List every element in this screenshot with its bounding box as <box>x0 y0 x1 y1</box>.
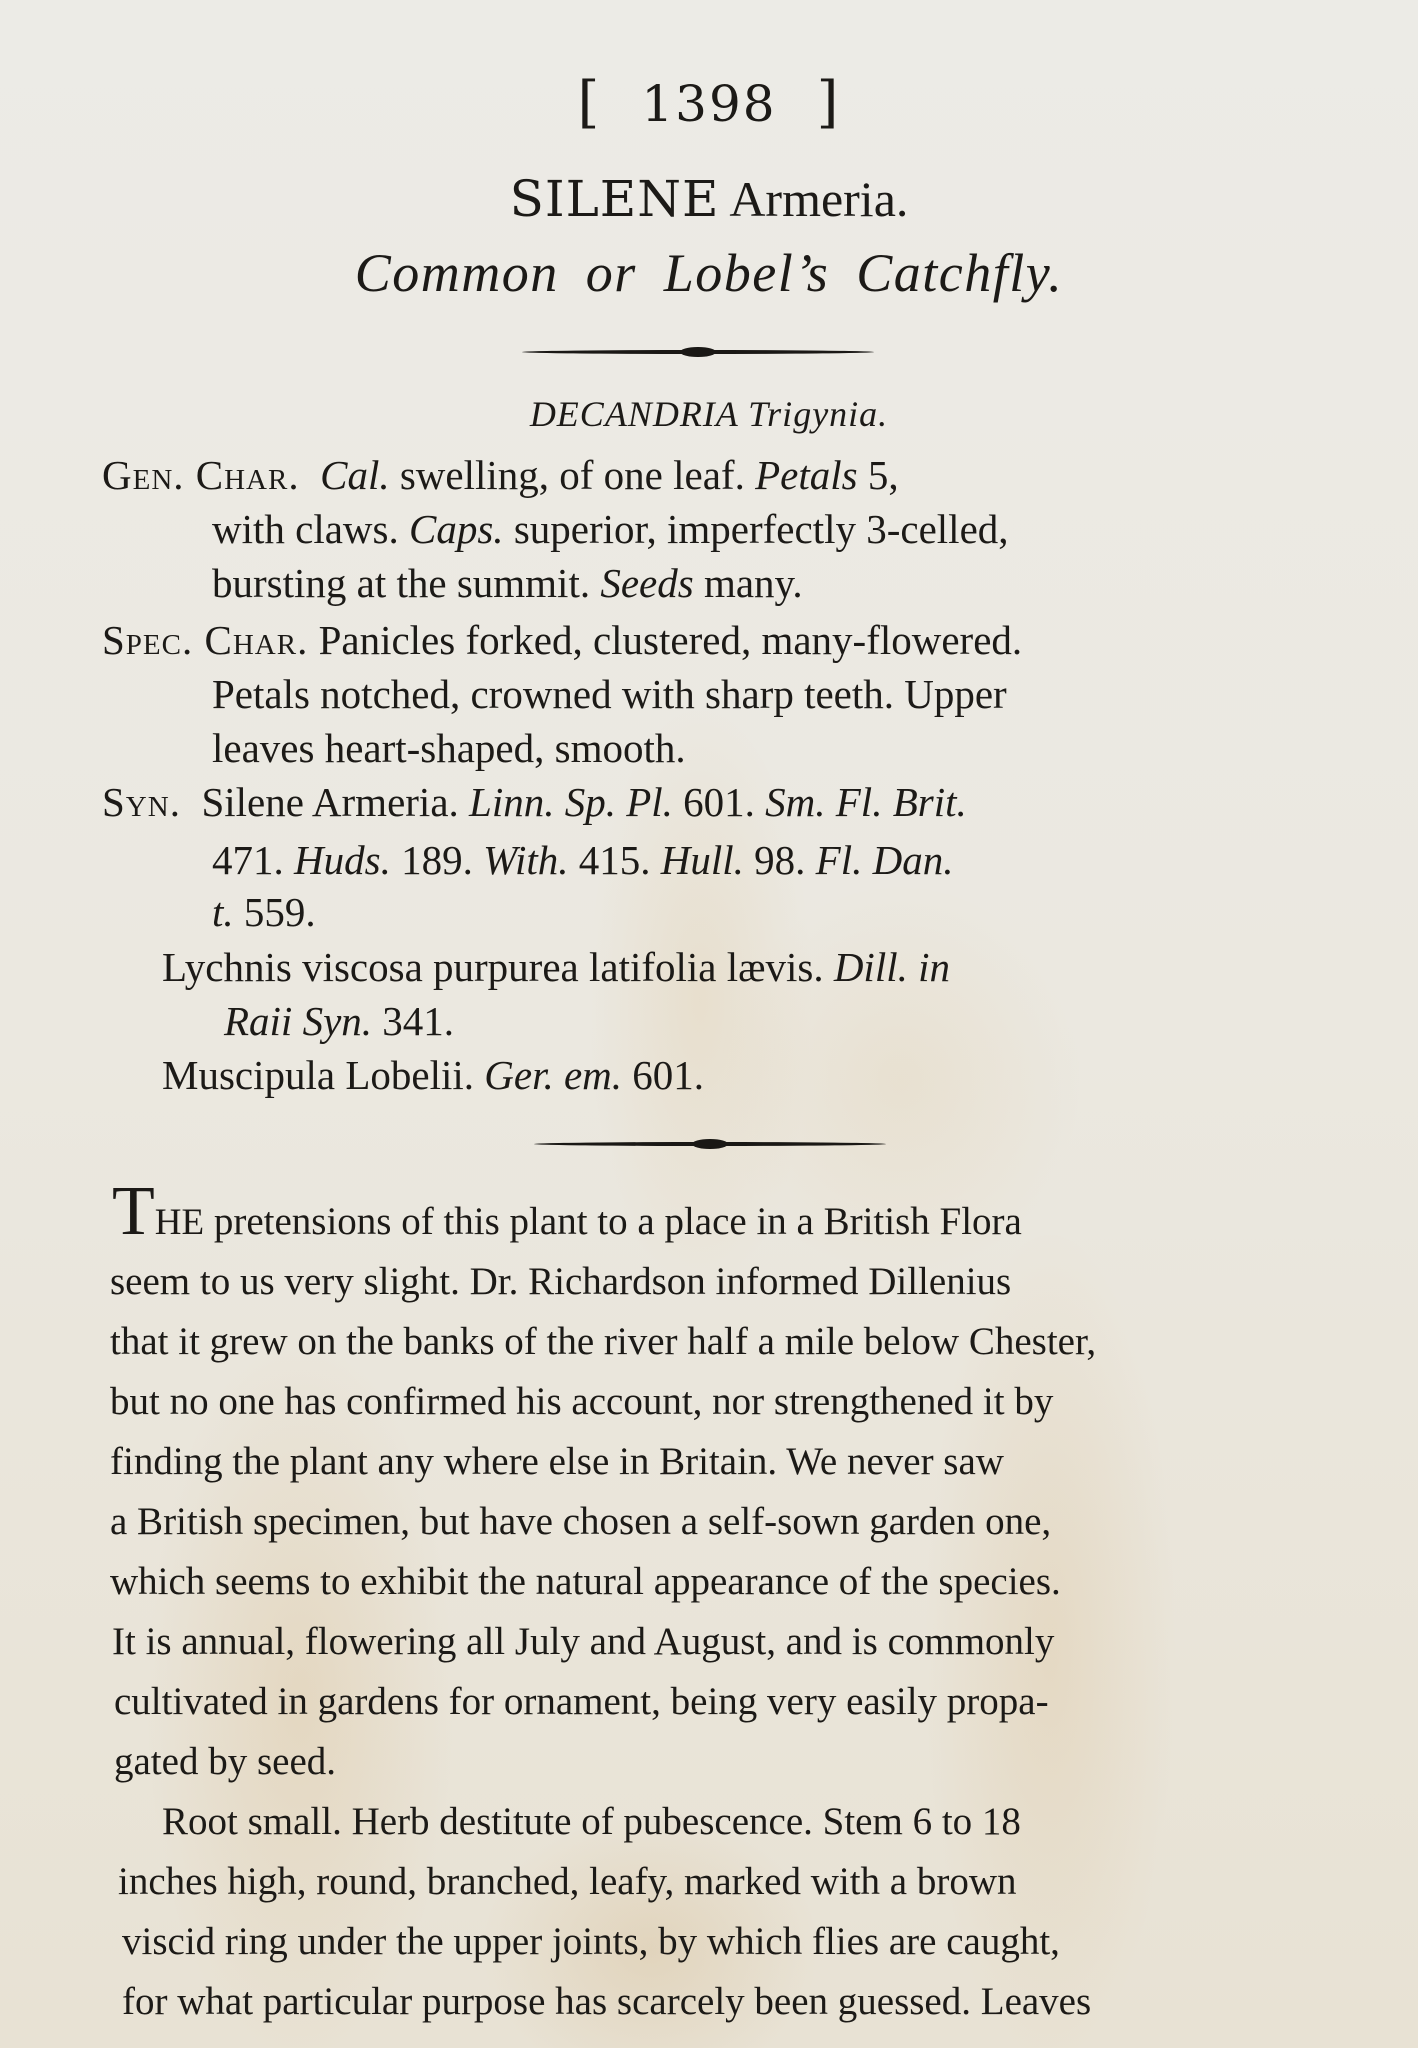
para1-line-3: that it grew on the banks of the river h… <box>110 1312 1096 1372</box>
syn-line-1: Syn. Silene Armeria. Linn. Sp. Pl. 601. … <box>102 775 967 829</box>
para1-line-1: THE pretensions of this plant to a place… <box>112 1182 1022 1253</box>
syn-line-2: 471. Huds. 189. With. 415. Hull. 98. Fl.… <box>212 833 953 887</box>
bracket-open: [ <box>578 70 602 135</box>
spec-char-line-3: leaves heart-shaped, smooth. <box>212 721 686 775</box>
syn-line-3: t. 559. <box>212 885 316 939</box>
order-name: Trigynia. <box>748 394 888 434</box>
common-name: Common or Lobel’s Catchfly. <box>0 242 1418 304</box>
drop-cap: T <box>112 1173 155 1250</box>
para1-line-6: a British specimen, but have chosen a se… <box>110 1492 1051 1552</box>
genus-name: SILENE <box>510 170 720 228</box>
class-name: DECANDRIA <box>530 394 738 434</box>
para1-line-10: gated by seed. <box>114 1732 336 1792</box>
para2-line-2: inches high, round, branched, leafy, mar… <box>118 1852 1017 1912</box>
para1-line-2: seem to us very slight. Dr. Richardson i… <box>110 1252 1011 1312</box>
gen-char-line-2: with claws. Caps. superior, imperfectly … <box>212 502 1009 556</box>
para1-line-5: finding the plant any where else in Brit… <box>110 1432 1004 1492</box>
para2-line-4: for what particular purpose has scarcely… <box>122 1972 1091 2032</box>
ornamental-rule-top <box>522 350 874 354</box>
gen-char-line-1: Gen. Char. Cal. swelling, of one leaf. P… <box>102 448 1292 502</box>
spec-char-label: Spec. Char. <box>102 617 308 663</box>
para1-line-8: It is annual, flowering all July and Aug… <box>112 1612 1054 1672</box>
gen-char-line-3: bursting at the summit. Seeds many. <box>212 556 803 610</box>
plate-number: [1398] <box>0 70 1418 135</box>
gen-char-label: Gen. Char. <box>102 452 300 498</box>
syn-lychnis-line-2: Raii Syn. 341. <box>224 994 454 1048</box>
syn-label: Syn. <box>102 779 181 825</box>
linnaean-classification: DECANDRIA Trigynia. <box>0 393 1418 435</box>
para1-line-4: but no one has confirmed his account, no… <box>110 1372 1053 1432</box>
para1-line-7: which seems to exhibit the natural appea… <box>110 1552 1061 1612</box>
para2-line-1: Root small. Herb destitute of pubescence… <box>162 1792 1021 1852</box>
species-epithet: Armeria. <box>729 171 908 227</box>
syn-lychnis-line-1: Lychnis viscosa purpurea latifolia lævis… <box>162 940 950 994</box>
spec-char-line-2: Petals notched, crowned with sharp teeth… <box>212 667 1007 721</box>
plate-number-value: 1398 <box>641 75 776 133</box>
syn-muscipula-line: Muscipula Lobelii. Ger. em. 601. <box>162 1048 704 1102</box>
species-title: SILENE Armeria. <box>0 170 1418 228</box>
spec-char-line-1: Spec. Char. Panicles forked, clustered, … <box>102 613 1022 667</box>
bracket-close: ] <box>817 70 841 135</box>
para1-line-9: cultivated in gardens for ornament, bein… <box>114 1672 1049 1732</box>
para2-line-3: viscid ring under the upper joints, by w… <box>122 1912 1060 1972</box>
ornamental-rule-bottom <box>534 1142 886 1146</box>
